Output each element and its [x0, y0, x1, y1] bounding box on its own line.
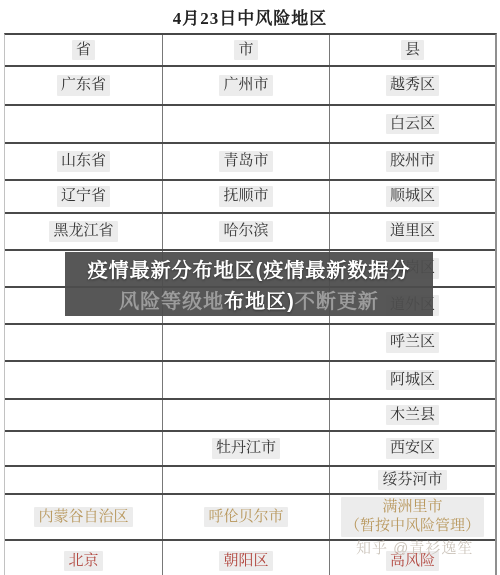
cell-text: 广州市: [219, 75, 272, 96]
cell-text: 呼伦贝尔市: [204, 507, 287, 528]
cell-city: [163, 362, 330, 398]
cell-county: 阿城区: [330, 362, 495, 398]
cell-province: 北京: [5, 541, 163, 575]
cell-city: [163, 106, 330, 142]
cell-text: 西安区: [386, 438, 439, 459]
cell-province: 内蒙谷自治区: [5, 495, 163, 539]
caption-line-2: 风险等级地布地区)不断更新: [119, 285, 379, 314]
cell-city: 牡丹江市: [163, 432, 330, 465]
risk-table-image: 4月23日中风险地区 省 市 县 广东省广州市越秀区白云区山东省青岛市胶州市辽宁…: [0, 0, 500, 575]
table-row: 山东省青岛市胶州市: [5, 144, 495, 181]
cell-text: 北京: [64, 551, 102, 572]
cell-province: [5, 362, 163, 398]
cell-text: 胶州市: [386, 151, 439, 172]
cell-city: [163, 325, 330, 360]
cell-province: 黑龙江省: [5, 214, 163, 249]
cell-text: 内蒙谷自治区: [34, 507, 132, 528]
table-title: 4月23日中风险地区: [0, 0, 500, 33]
cell-county: 越秀区: [330, 67, 495, 104]
cell-text: 白云区: [386, 114, 439, 135]
table-row: 广东省广州市越秀区: [5, 67, 495, 106]
cell-county: 绥芬河市: [330, 467, 495, 493]
table-row: 黑龙江省哈尔滨道里区: [5, 214, 495, 251]
column-header-text: 省: [72, 40, 95, 61]
cell-province: [5, 325, 163, 360]
cell-city: [163, 400, 330, 430]
table-row: 木兰县: [5, 400, 495, 432]
table-row: 呼兰区: [5, 325, 495, 362]
caption-overlay: 疫情最新分布地区(疫情最新数据分 风险等级地布地区)不断更新: [65, 252, 433, 316]
watermark: 知乎 @青衫逸笙: [356, 537, 473, 558]
cell-city: 青岛市: [163, 144, 330, 179]
cell-text: 木兰县: [386, 405, 439, 426]
cell-city: 哈尔滨: [163, 214, 330, 249]
cell-text: 顺城区: [386, 186, 439, 207]
cell-city: 呼伦贝尔市: [163, 495, 330, 539]
cell-text: 黑龙江省: [49, 221, 117, 242]
table-header-row: 省 市 县: [5, 35, 495, 67]
table-row: 牡丹江市西安区: [5, 432, 495, 467]
cell-county: 顺城区: [330, 181, 495, 212]
cell-county: 满洲里市（暂按中风险管理）: [330, 495, 495, 539]
cell-text: 山东省: [57, 151, 110, 172]
cell-city: 抚顺市: [163, 181, 330, 212]
cell-county: 胶州市: [330, 144, 495, 179]
caption-line-2-main: 布地区): [224, 291, 295, 313]
table-row: 绥芬河市: [5, 467, 495, 495]
cell-city: 广州市: [163, 67, 330, 104]
cell-text: 道里区: [386, 221, 439, 242]
table-row: 白云区: [5, 106, 495, 144]
cell-province: [5, 400, 163, 430]
caption-line-1: 疫情最新分布地区(疫情最新数据分: [88, 254, 411, 283]
cell-province: [5, 432, 163, 465]
cell-text: 辽宁省: [57, 186, 110, 207]
cell-county: 木兰县: [330, 400, 495, 430]
caption-bg-text-left: 风险等级地: [119, 291, 224, 313]
cell-city: 朝阳区: [163, 541, 330, 575]
table-row: 阿城区: [5, 362, 495, 400]
cell-text: 青岛市: [219, 151, 272, 172]
cell-province: 辽宁省: [5, 181, 163, 212]
cell-county: 西安区: [330, 432, 495, 465]
cell-county: 白云区: [330, 106, 495, 142]
table-row: 内蒙谷自治区呼伦贝尔市满洲里市（暂按中风险管理）: [5, 495, 495, 541]
caption-bg-text-right: 不断更新: [295, 291, 379, 313]
cell-text: 越秀区: [386, 75, 439, 96]
cell-text: 广东省: [57, 75, 110, 96]
cell-text: 绥芬河市: [378, 470, 446, 491]
cell-text-sub: （暂按中风险管理）: [345, 517, 480, 536]
table-row: 辽宁省抚顺市顺城区: [5, 181, 495, 214]
table-body: 广东省广州市越秀区白云区山东省青岛市胶州市辽宁省抚顺市顺城区黑龙江省哈尔滨道里区…: [5, 67, 495, 575]
cell-city: [163, 467, 330, 493]
cell-text: 抚顺市: [219, 186, 272, 207]
column-header-text: 市: [234, 40, 257, 61]
cell-province: 山东省: [5, 144, 163, 179]
cell-province: 广东省: [5, 67, 163, 104]
column-header-county: 县: [330, 35, 495, 65]
cell-county: 道里区: [330, 214, 495, 249]
cell-province: [5, 106, 163, 142]
cell-text: 呼兰区: [386, 332, 439, 353]
cell-text-main: 满洲里市: [345, 498, 480, 517]
column-header-province: 省: [5, 35, 163, 65]
column-header-city: 市: [163, 35, 330, 65]
cell-text: 满洲里市（暂按中风险管理）: [341, 497, 484, 537]
cell-province: [5, 467, 163, 493]
cell-text: 朝阳区: [219, 551, 272, 572]
cell-text: 牡丹江市: [212, 438, 280, 459]
cell-text: 哈尔滨: [219, 221, 272, 242]
column-header-text: 县: [401, 40, 424, 61]
cell-text: 阿城区: [386, 370, 439, 391]
cell-county: 呼兰区: [330, 325, 495, 360]
